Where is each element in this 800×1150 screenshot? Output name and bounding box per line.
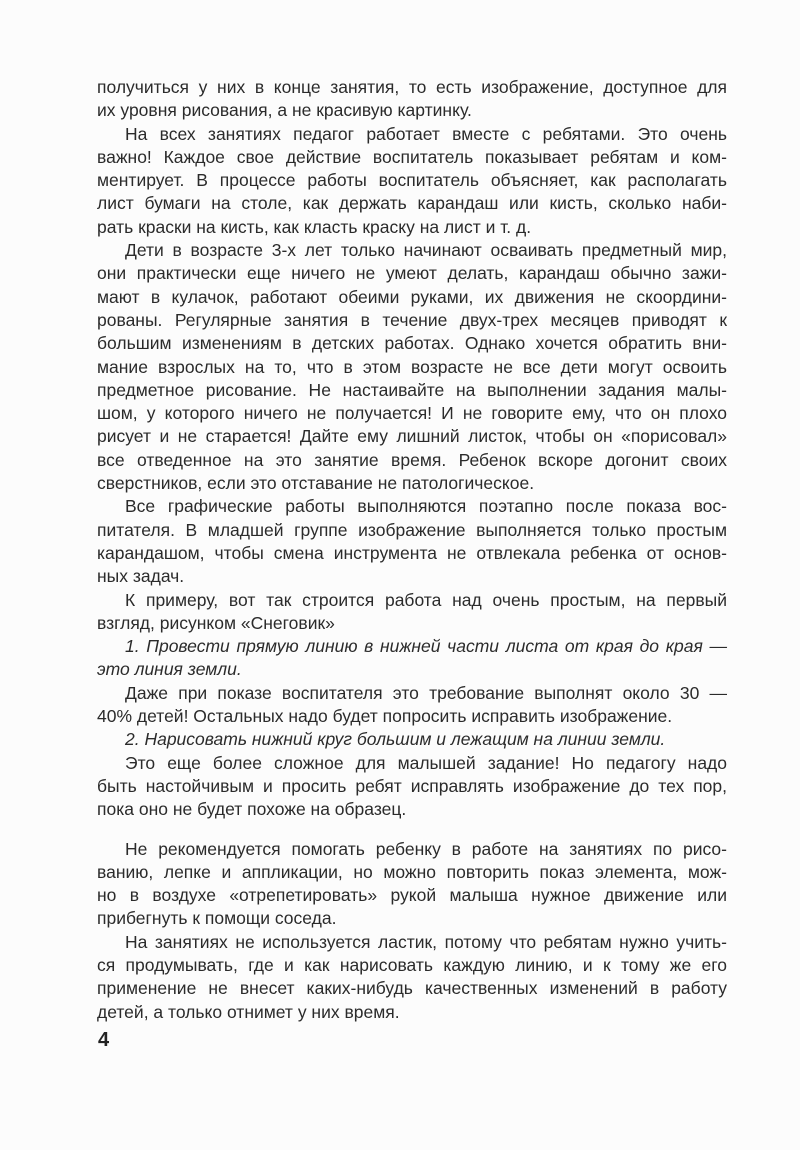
paragraph: 1. Провести прямую линию в нижней части … (97, 635, 727, 682)
paragraph: Не рекомендуется помогать ребенку в рабо… (97, 838, 727, 931)
text-line: Дети в возрасте 3-х лет только начинают … (97, 239, 727, 262)
text-line: пока оно не будет похоже на образец. (97, 798, 727, 821)
text-line: К примеру, вот так строится работа над о… (97, 589, 727, 612)
paragraph: Это еще более сложное для малышей задани… (97, 752, 727, 822)
text-line: мают в кулачок, работают обеими руками, … (97, 286, 727, 309)
text-line: получиться у них в конце занятия, то ест… (97, 76, 727, 99)
text-line: На всех занятиях педагог работает вместе… (97, 123, 727, 146)
text-line: важно! Каждое свое действие воспитатель … (97, 146, 727, 169)
text-line: их уровня рисования, а не красивую карти… (97, 99, 727, 122)
text-line: 40% детей! Остальных надо будет попросит… (97, 705, 727, 728)
page-number: 4 (98, 1029, 109, 1052)
text-line: рисует и не старается! Дайте ему лишний … (97, 425, 727, 448)
text-line: ментирует. В процессе работы воспитатель… (97, 169, 727, 192)
text-line: Все графические работы выполняются поэта… (97, 495, 727, 518)
paragraph: На занятиях не используется ластик, пото… (97, 931, 727, 1024)
text-line: рать краски на кисть, как класть краску … (97, 216, 727, 239)
text-line: лист бумаги на столе, как держать каранд… (97, 192, 727, 215)
text-line: ся продумывать, где и как нарисовать каж… (97, 954, 727, 977)
text-line: сверстников, если это отставание не пато… (97, 472, 727, 495)
text-line: прибегнуть к помощи соседа. (97, 907, 727, 930)
text-line: карандашом, чтобы смена инструмента не о… (97, 542, 727, 565)
text-line: они практически еще ничего не умеют дела… (97, 262, 727, 285)
text-line: На занятиях не используется ластик, пото… (97, 931, 727, 954)
paragraph: Дети в возрасте 3-х лет только начинают … (97, 239, 727, 495)
text-line: шом, у которого ничего не получается! И … (97, 402, 727, 425)
text-line: взгляд, рисунком «Снеговик» (97, 612, 727, 635)
text-line: но в воздухе «отрепетировать» рукой малы… (97, 884, 727, 907)
text-line: Это еще более сложное для малышей задани… (97, 752, 727, 775)
text-line: питателя. В младшей группе изображение в… (97, 519, 727, 542)
text-line: быть настойчивым и просить ребят исправл… (97, 775, 727, 798)
paragraph: получиться у них в конце занятия, то ест… (97, 76, 727, 123)
text-line: предметное рисование. Не настаивайте на … (97, 379, 727, 402)
paragraph: На всех занятиях педагог работает вместе… (97, 123, 727, 239)
text-line: Не рекомендуется помогать ребенку в рабо… (97, 838, 727, 861)
text-line: мание взрослых на то, что в этом возраст… (97, 356, 727, 379)
paragraph: Даже при показе воспитателя это требован… (97, 682, 727, 729)
text-line: рованы. Регулярные занятия в течение дву… (97, 309, 727, 332)
text-line: большим изменениям в детских работах. Од… (97, 332, 727, 355)
paragraph: Все графические работы выполняются поэта… (97, 495, 727, 588)
text-line: ных задач. (97, 565, 727, 588)
book-page: получиться у них в конце занятия, то ест… (0, 0, 800, 1150)
text-line: детей, а только отнимет у них время. (97, 1001, 727, 1024)
text-line: 2. Нарисовать нижний круг большим и лежа… (97, 728, 727, 751)
paragraph: К примеру, вот так строится работа над о… (97, 589, 727, 636)
text-line: Даже при показе воспитателя это требован… (97, 682, 727, 705)
text-line: это линия земли. (97, 658, 727, 681)
text-line: применение не внесет каких-нибудь качест… (97, 977, 727, 1000)
page-text: получиться у них в конце занятия, то ест… (97, 76, 727, 1024)
text-line: ванию, лепке и аппликации, но можно повт… (97, 861, 727, 884)
text-line: 1. Провести прямую линию в нижней части … (97, 635, 727, 658)
text-line: все отведенное на это занятие время. Реб… (97, 449, 727, 472)
paragraph: 2. Нарисовать нижний круг большим и лежа… (97, 728, 727, 751)
